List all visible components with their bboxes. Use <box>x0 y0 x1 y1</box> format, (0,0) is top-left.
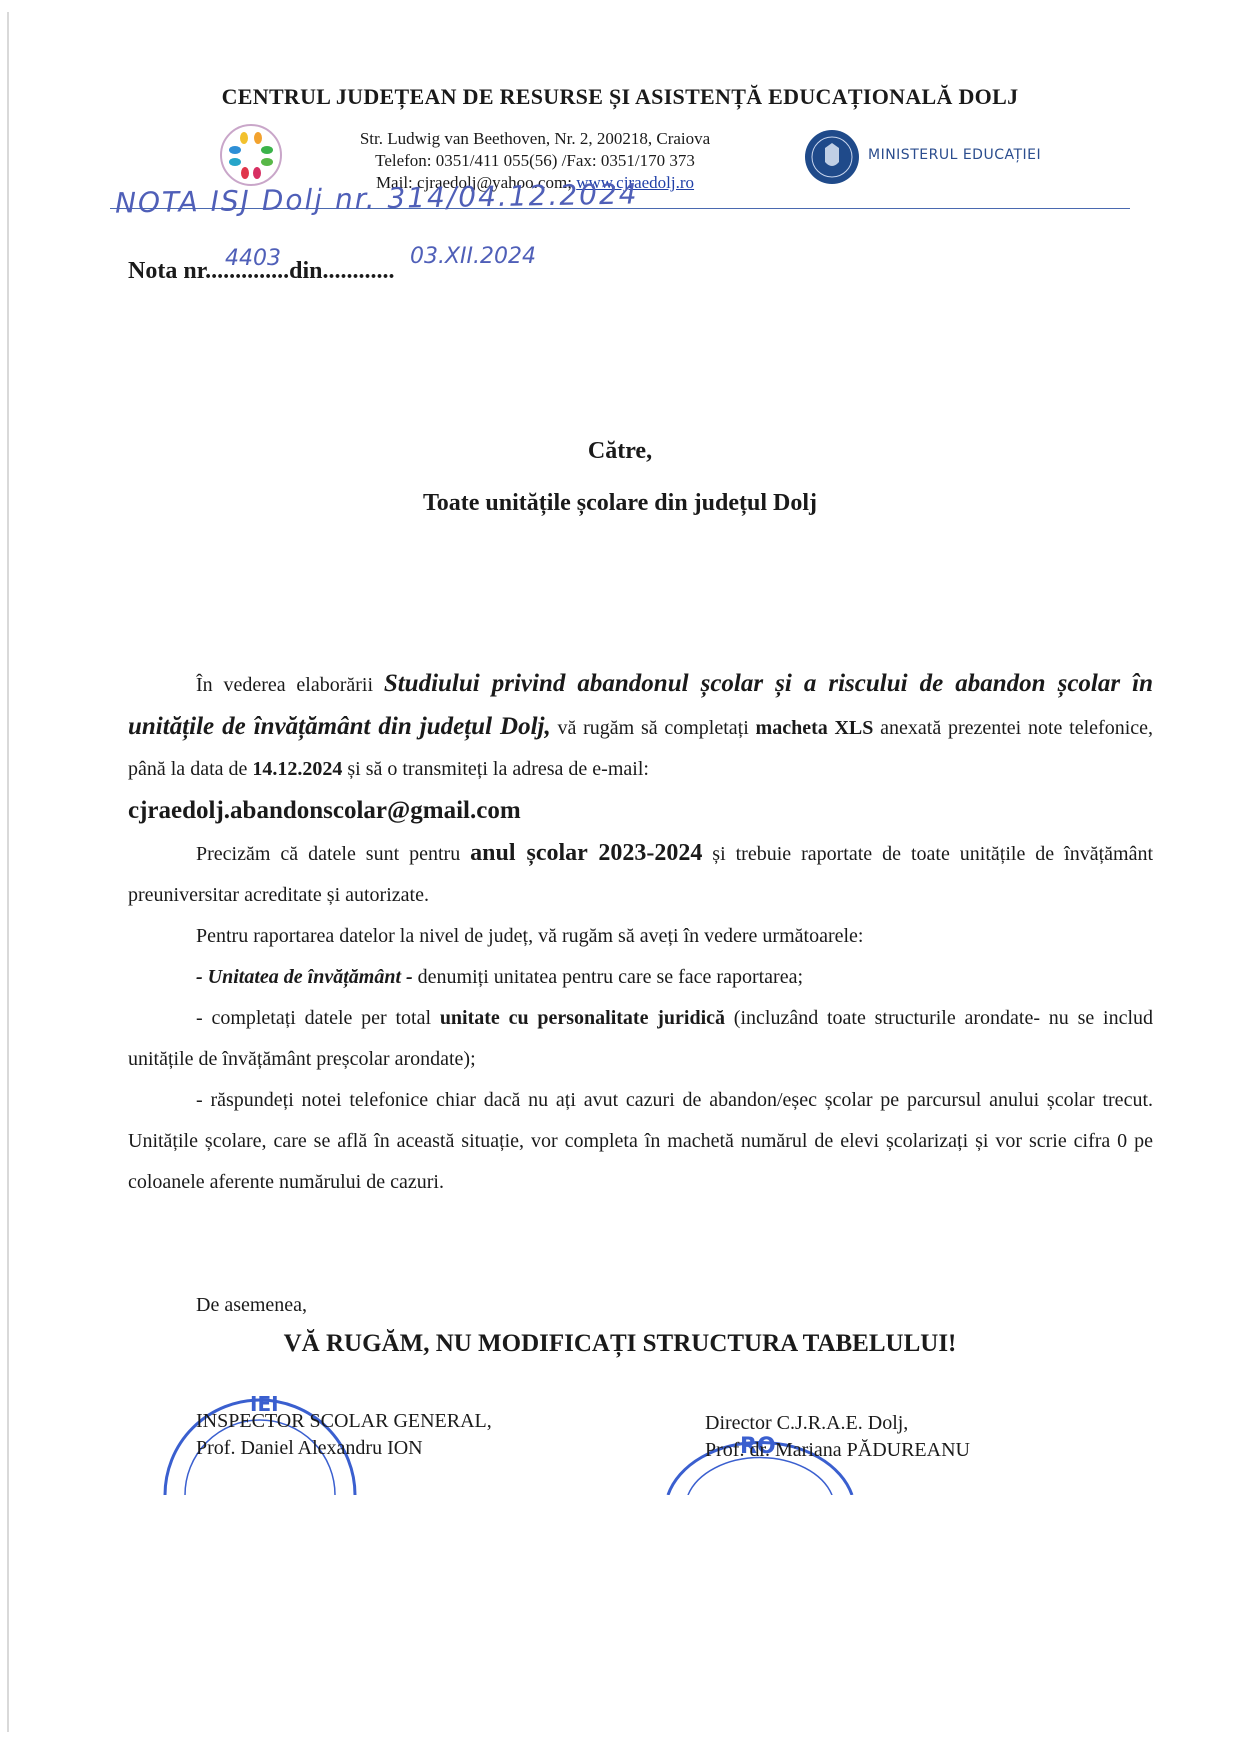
item-label: - Unitatea de învățământ - <box>196 966 413 988</box>
closing-intro: De asemenea, <box>196 1294 307 1317</box>
note-number-line: Nota nr..............din............ <box>128 258 394 285</box>
email-line: cjraedolj.abandonscolar@gmail.com <box>128 790 1153 833</box>
template-name: macheta XLS <box>756 717 874 739</box>
paragraph-instructions: Pentru raportarea datelor la nivel de ju… <box>128 916 1153 957</box>
instruction-item-3: - răspundeți notei telefonice chiar dacă… <box>128 1080 1153 1203</box>
deadline-date: 14.12.2024 <box>252 758 342 780</box>
text: Precizăm că datele sunt pentru <box>196 843 470 865</box>
handwritten-date: 03.XII.2024 <box>410 244 536 269</box>
government-crest-icon <box>803 128 861 186</box>
signature-inspector: INSPECTOR SCOLAR GENERAL, Prof. Daniel A… <box>196 1408 492 1462</box>
addressee-recipients: Toate unitățile școlare din județul Dolj <box>0 490 1240 517</box>
scan-edge <box>7 12 9 1732</box>
structure-warning: VĂ RUGĂM, NU MODIFICAȚI STRUCTURA TABELU… <box>0 1330 1240 1358</box>
signature-name: Prof. Daniel Alexandru ION <box>196 1435 492 1462</box>
text: - completați datele per total <box>196 1007 440 1029</box>
text: În vederea elaborării <box>196 674 384 696</box>
legal-unit: unitate cu personalitate juridică <box>440 1007 725 1029</box>
signature-title: Director C.J.R.A.E. Dolj, <box>705 1410 970 1437</box>
phone-line: Telefon: 0351/411 055(56) /Fax: 0351/170… <box>300 150 770 172</box>
handwritten-registration: NOTA ISJ Dolj nr. 314/04.12.2024 <box>115 177 639 219</box>
letter-body: În vederea elaborării Studiului privind … <box>128 663 1153 1203</box>
cjrae-logo-icon <box>218 122 284 188</box>
instruction-item-1: - Unitatea de învățământ - denumiți unit… <box>128 957 1153 998</box>
school-year: anul școlar 2023-2024 <box>470 840 702 866</box>
signature-name: Prof. dr. Mariana PĂDUREANU <box>705 1437 970 1464</box>
address-line: Str. Ludwig van Beethoven, Nr. 2, 200218… <box>300 128 770 150</box>
ministry-name: MINISTERUL EDUCAȚIEI <box>868 147 1041 163</box>
paragraph-request: În vederea elaborării Studiului privind … <box>128 663 1153 790</box>
text: denumiți unitatea pentru care se face ra… <box>413 966 803 988</box>
instruction-item-2: - completați datele per total unitate cu… <box>128 998 1153 1080</box>
paragraph-school-year: Precizăm că datele sunt pentru anul școl… <box>128 833 1153 916</box>
addressee-label: Către, <box>0 438 1240 465</box>
signature-director: Director C.J.R.A.E. Dolj, Prof. dr. Mari… <box>705 1410 970 1464</box>
institution-title: CENTRUL JUDEȚEAN DE RESURSE ȘI ASISTENȚĂ… <box>0 84 1240 110</box>
text: și să o transmiteți la adresa de e-mail: <box>342 758 649 780</box>
signature-title: INSPECTOR SCOLAR GENERAL, <box>196 1408 492 1435</box>
submission-email[interactable]: cjraedolj.abandonscolar@gmail.com <box>128 797 521 824</box>
text: vă rugăm să completați <box>551 717 756 739</box>
